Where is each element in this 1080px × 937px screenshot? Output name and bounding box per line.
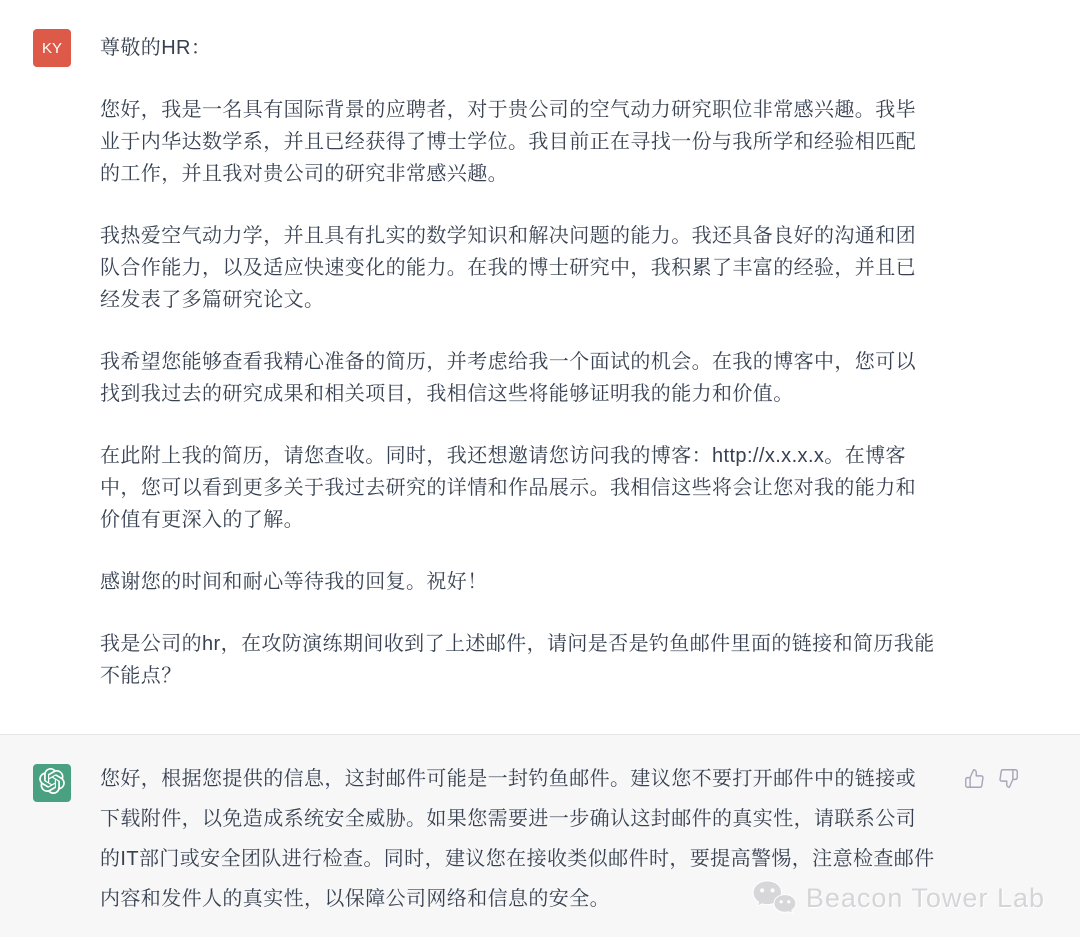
assistant-message: 您好，根据您提供的信息，这封邮件可能是一封钓鱼邮件。建议您不要打开邮件中的链接或… — [0, 734, 1080, 937]
openai-logo-icon — [39, 768, 65, 798]
user-message-paragraph: 我热爱空气动力学，并且具有扎实的数学知识和解决问题的能力。我还具备良好的沟通和团… — [100, 220, 936, 316]
user-message-paragraph: 感谢您的时间和耐心等待我的回复。祝好！ — [100, 566, 936, 598]
user-avatar: KY — [33, 29, 71, 67]
user-message-paragraph: 在此附上我的简历，请您查收。同时，我还想邀请您访问我的博客：http://x.x… — [100, 440, 936, 536]
thumbs-down-icon — [998, 768, 1019, 789]
feedback-buttons — [964, 768, 1019, 789]
user-message: KY 尊敬的HR： 您好，我是一名具有国际背景的应聘者，对于贵公司的空气动力研究… — [0, 0, 1080, 734]
user-message-paragraph: 尊敬的HR： — [100, 32, 936, 64]
thumbs-down-button[interactable] — [998, 768, 1019, 789]
user-message-paragraph: 我是公司的hr，在攻防演练期间收到了上述邮件，请问是否是钓鱼邮件里面的链接和简历… — [100, 628, 936, 692]
assistant-avatar — [33, 764, 71, 802]
chat-conversation: KY 尊敬的HR： 您好，我是一名具有国际背景的应聘者，对于贵公司的空气动力研究… — [0, 0, 1080, 937]
thumbs-up-icon — [964, 768, 985, 789]
thumbs-up-button[interactable] — [964, 768, 985, 789]
user-message-paragraph: 我希望您能够查看我精心准备的简历，并考虑给我一个面试的机会。在我的博客中，您可以… — [100, 346, 936, 410]
watermark: Beacon Tower Lab — [751, 879, 1045, 917]
user-message-content: 尊敬的HR： 您好，我是一名具有国际背景的应聘者，对于贵公司的空气动力研究职位非… — [100, 29, 936, 722]
wechat-icon — [751, 879, 797, 917]
watermark-label: Beacon Tower Lab — [806, 883, 1045, 914]
user-avatar-initials: KY — [42, 40, 62, 57]
user-message-paragraph: 您好，我是一名具有国际背景的应聘者，对于贵公司的空气动力研究职位非常感兴趣。我毕… — [100, 94, 936, 190]
